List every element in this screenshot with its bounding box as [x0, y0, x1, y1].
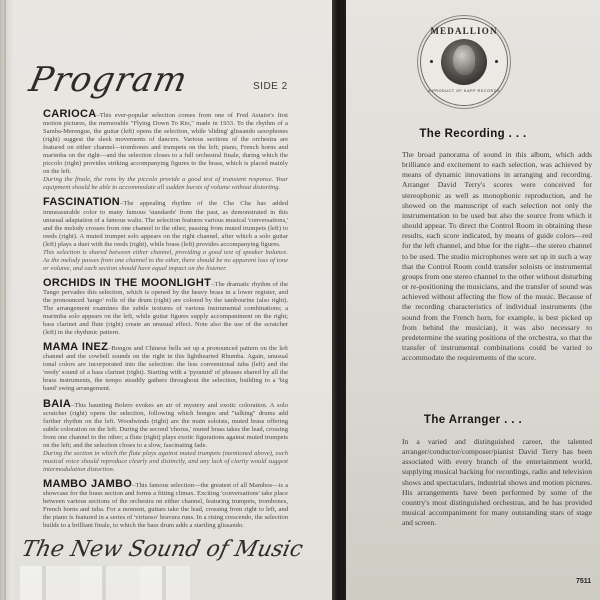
track-description: –Bongos and Chinese bells set up a prono… [43, 345, 288, 392]
recording-heading: The Recording . . . [346, 128, 600, 140]
track-description: –This haunting Bolero evokes an air of m… [43, 402, 288, 449]
portrait-icon [441, 39, 487, 85]
track-note: This selection is shared between either … [43, 249, 288, 273]
logo-tagline: A PRODUCT OF KAPP RECORDS [421, 89, 507, 93]
side-label: SIDE 2 [253, 81, 288, 92]
track-name: MAMBO JAMBO [43, 478, 132, 490]
panel-divider [332, 0, 346, 600]
arranger-heading: The Arranger . . . [346, 414, 600, 426]
track-name: ORCHIDS IN THE MOONLIGHT [43, 277, 211, 289]
track-note: During the section in which the flute pl… [43, 450, 288, 474]
dot-icon [495, 60, 498, 63]
track-entry: CARIOCA–This ever-popular selection come… [43, 110, 288, 192]
medallion-logo: MEDALLION A PRODUCT OF KAPP RECORDS [420, 18, 508, 106]
logo-brand: MEDALLION [421, 26, 507, 36]
track-entry: ORCHIDS IN THE MOONLIGHT–The dramatic rh… [43, 279, 288, 337]
track-name: CARIOCA [43, 108, 96, 120]
track-name: MAMA INEZ [43, 341, 108, 353]
paper-wrinkles [20, 566, 190, 600]
recording-text: The broad panorama of sound in this albu… [402, 150, 592, 363]
track-description: –This famous selection—the greatest of a… [43, 482, 288, 529]
track-entry: MAMBO JAMBO–This famous selection—the gr… [43, 480, 288, 530]
track-entry: BAIA–This haunting Bolero evokes an air … [43, 400, 288, 474]
track-description: –The appealing rhythm of the Cha Cha has… [43, 200, 288, 247]
dot-icon [430, 60, 433, 63]
catalog-number: 7511 [576, 578, 591, 585]
track-name: FASCINATION [43, 196, 120, 208]
track-entry: FASCINATION–The appealing rhythm of the … [43, 198, 288, 272]
album-slogan: The New Sound of Music [19, 537, 305, 562]
left-panel: Program SIDE 2 CARIOCA–This ever-popular… [0, 0, 332, 600]
page-edge [0, 0, 14, 600]
cover-crease [4, 0, 6, 600]
right-panel: MEDALLION A PRODUCT OF KAPP RECORDS The … [346, 0, 600, 600]
arranger-text: In a varied and distinguished career, th… [402, 437, 592, 528]
track-entry: MAMA INEZ–Bongos and Chinese bells set u… [43, 343, 288, 393]
program-title: Program [26, 60, 192, 100]
track-note: During the finale, the runs by the picco… [43, 176, 288, 192]
track-description: –The dramatic rhythm of the Tango pervad… [43, 281, 288, 336]
track-name: BAIA [43, 398, 71, 410]
track-description: –This ever-popular selection comes from … [43, 112, 288, 175]
track-list: CARIOCA–This ever-popular selection come… [43, 110, 288, 536]
